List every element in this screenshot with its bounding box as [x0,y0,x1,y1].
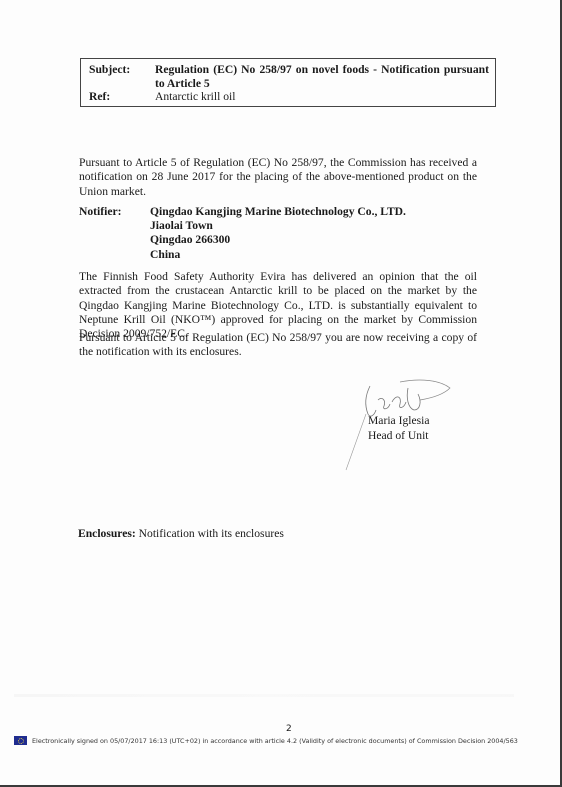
paragraph-copy-notice: Pursuant to Article 5 of Regulation (EC)… [79,331,477,360]
subject-value: Regulation (EC) No 258/97 on novel foods… [155,63,489,90]
eu-flag-icon [14,736,27,745]
notifier-town: Jiaolai Town [150,219,406,233]
subject-box: Subject: Regulation (EC) No 258/97 on no… [80,58,496,107]
scan-artifact-line [14,694,514,697]
ref-value: Antarctic krill oil [155,90,489,104]
paragraph-notification-received: Pursuant to Article 5 of Regulation (EC)… [79,156,477,199]
notifier-city-postcode: Qingdao 266300 [150,233,406,247]
enclosures-value: Notification with its enclosures [136,527,284,540]
esign-text: Electronically signed on 05/07/2017 16:1… [32,737,518,745]
notifier-label: Notifier: [79,205,122,219]
enclosures-line: Enclosures: Notification with its enclos… [78,527,284,540]
enclosures-label: Enclosures: [78,527,136,540]
subject-label: Subject: [89,63,130,77]
notifier-country: China [150,248,406,262]
ref-label: Ref: [89,90,110,104]
signatory: Maria Iglesia Head of Unit [368,414,429,443]
notifier-company: Qingdao Kangjing Marine Biotechnology Co… [150,205,406,219]
signature-block: Maria Iglesia Head of Unit [340,374,470,474]
notifier-address: Qingdao Kangjing Marine Biotechnology Co… [150,205,406,262]
electronic-signature-footer: Electronically signed on 05/07/2017 16:1… [14,736,518,745]
signatory-title: Head of Unit [368,429,429,444]
signatory-name: Maria Iglesia [368,414,429,429]
page-number: 2 [286,724,292,734]
